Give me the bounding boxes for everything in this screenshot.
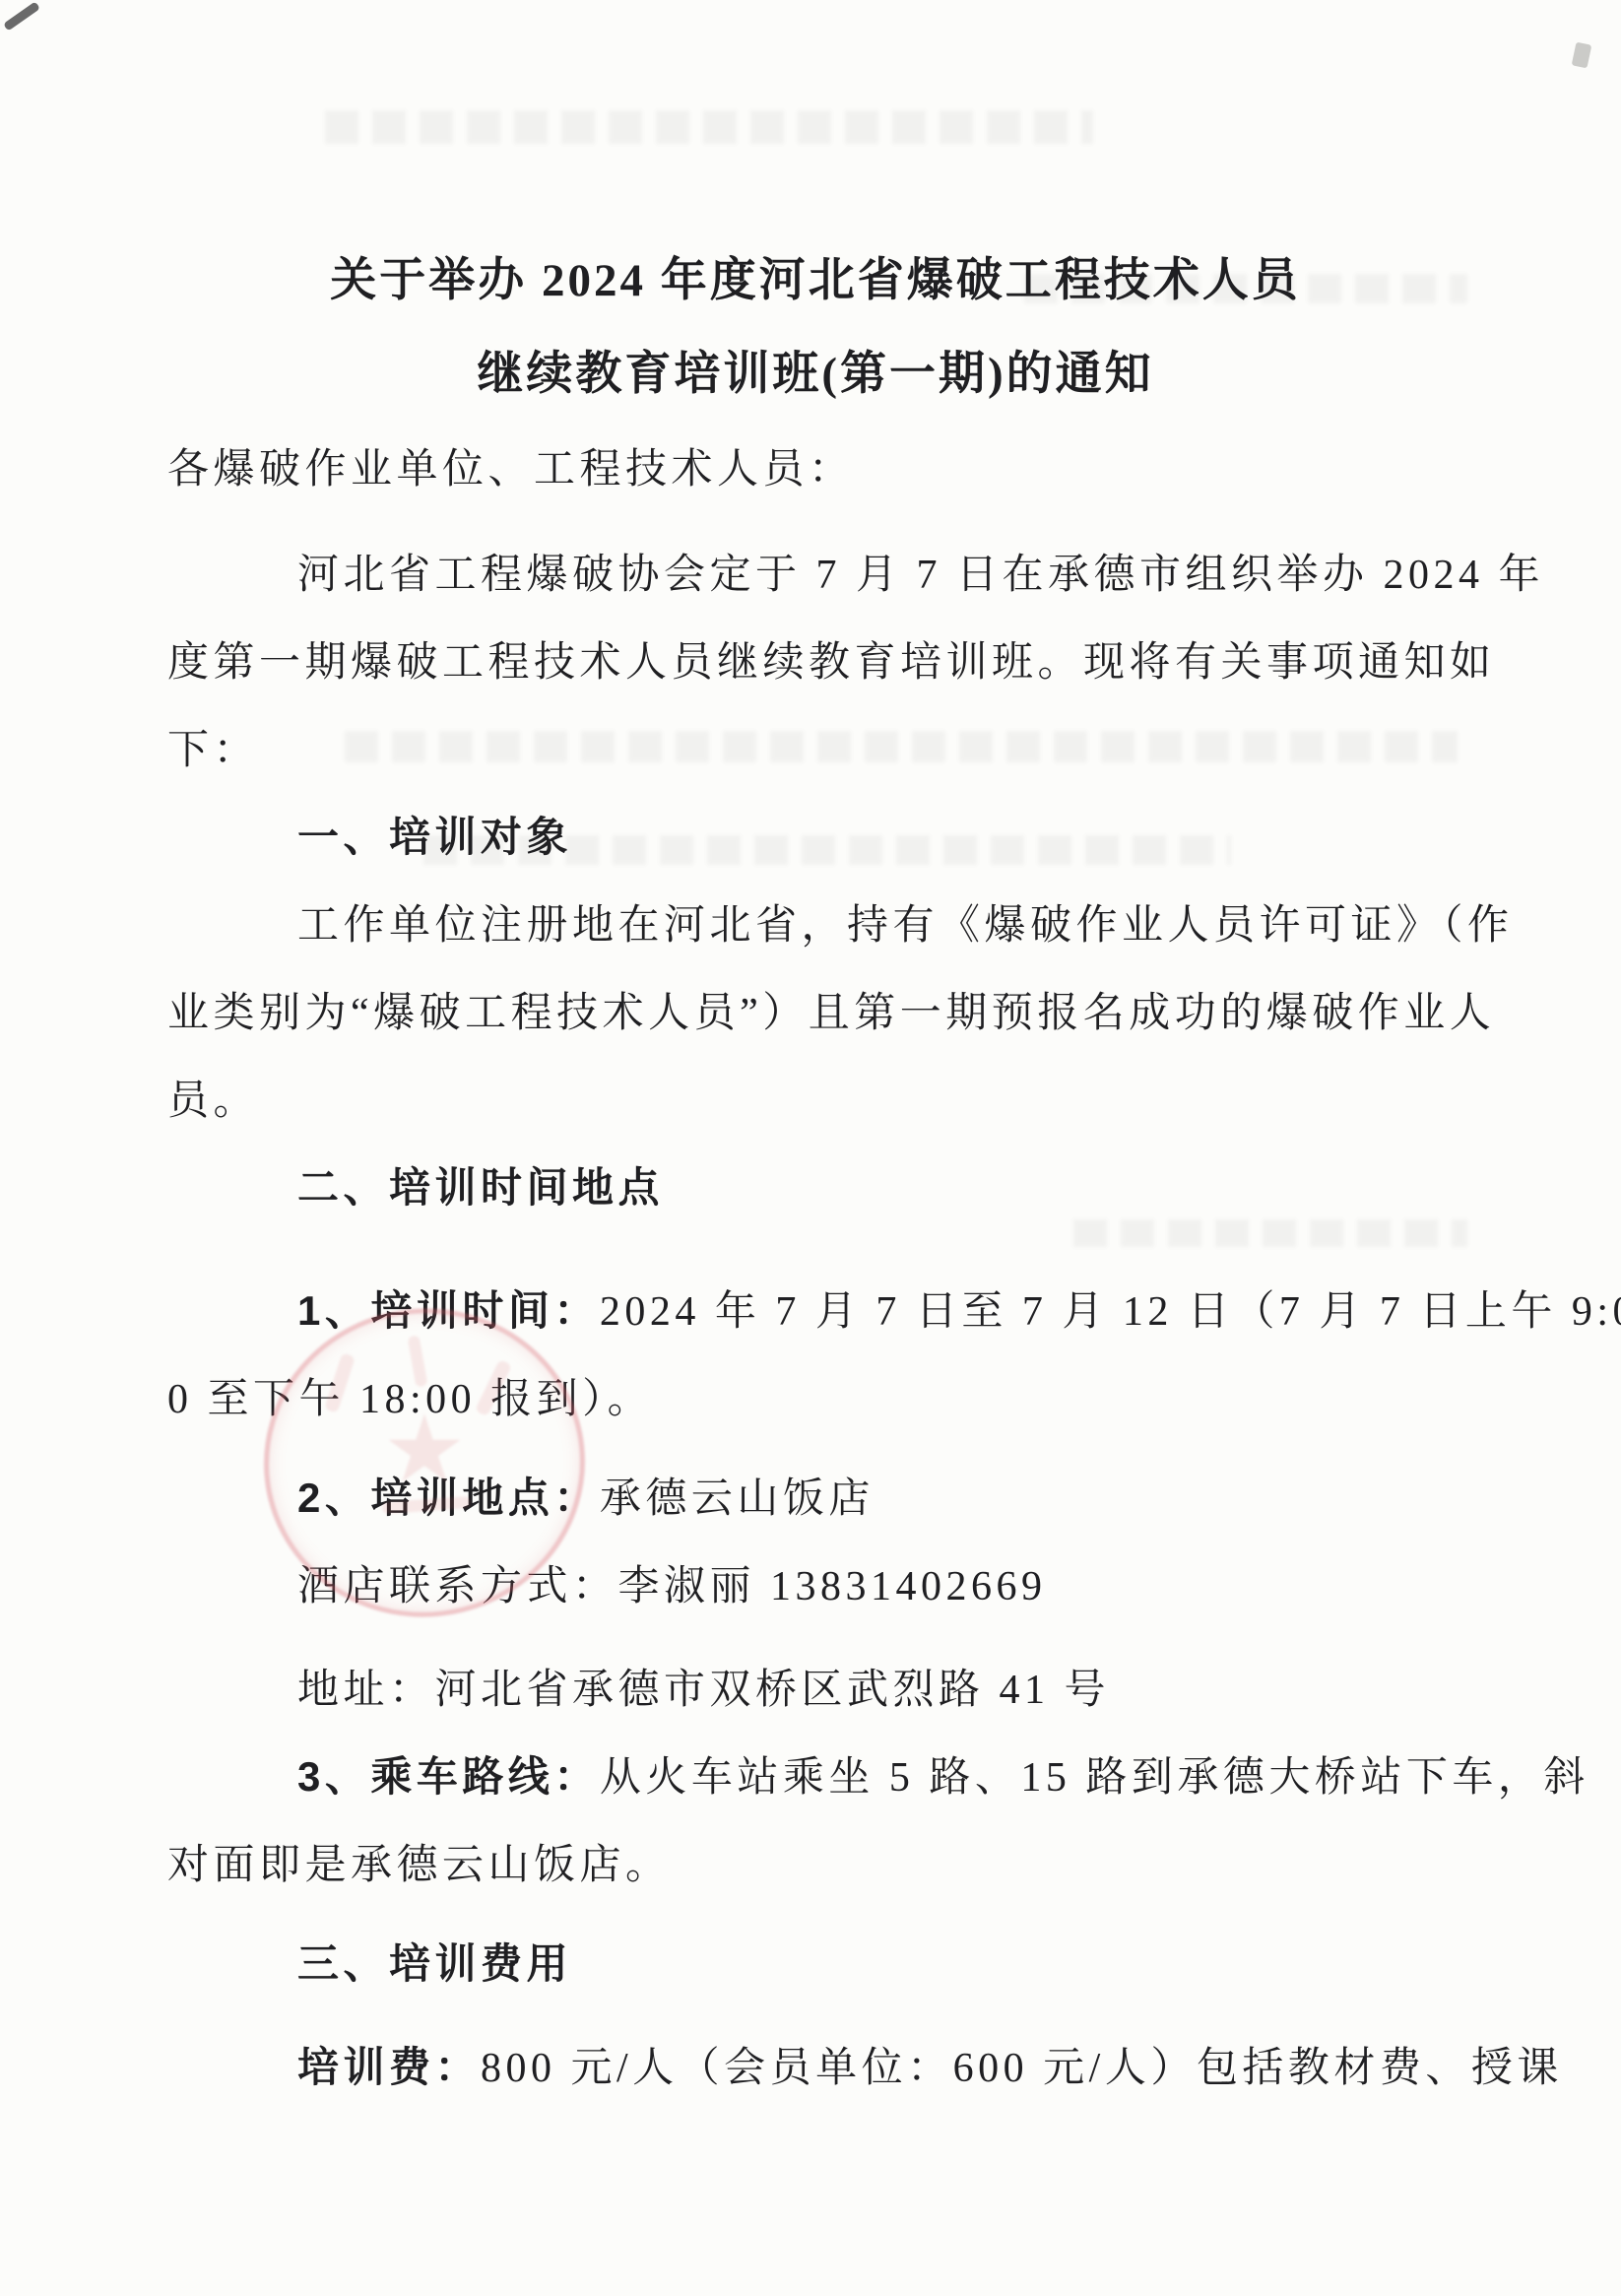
bus-route-label: 3、乘车路线： <box>297 1744 600 1804</box>
intro-line-2: 度第一期爆破工程技术人员继续教育培训班。现将有关事项通知如 <box>167 615 1463 702</box>
training-fee-line: 培训费：800 元/人（会员单位：600 元/人）包括教材费、授课 <box>167 2020 1463 2108</box>
scanned-notice-page: ★ 关于举办 2024 年度河北省爆破工程技术人员 继续教育培训班(第一期)的通… <box>0 0 1621 2296</box>
training-place-line: 2、培训地点：承德云山饭店 <box>167 1451 1463 1539</box>
training-time-label: 1、培训时间： <box>297 1279 600 1338</box>
section-1-paragraph: 工作单位注册地在河北省，持有《爆破作业人员许可证》（作 业类别为“爆破工程技术人… <box>167 878 1463 1141</box>
bus-route-value: 从火车站乘坐 5 路、15 路到承德大桥站下车，斜 <box>600 1744 1589 1804</box>
scan-artifact <box>1572 42 1592 69</box>
section-1-heading: 一、培训对象 <box>167 790 1463 878</box>
document-title-line-2: 继续教育培训班(第一期)的通知 <box>167 328 1463 422</box>
training-place-label: 2、培训地点： <box>297 1466 600 1525</box>
intro-line-1: 河北省工程爆破协会定于 7 月 7 日在承德市组织举办 2024 年 <box>167 527 1463 615</box>
training-time-line: 1、培训时间：2024 年 7 月 7 日至 7 月 12 日（7 月 7 日上… <box>167 1264 1463 1351</box>
bus-route-continuation: 对面即是承德云山饭店。 <box>167 1817 1463 1905</box>
document-body: 关于举办 2024 年度河北省爆破工程技术人员 继续教育培训班(第一期)的通知 … <box>167 234 1463 2108</box>
address-line: 地址：河北省承德市双桥区武烈路 41 号 <box>167 1642 1463 1730</box>
salutation: 各爆破作业单位、工程技术人员： <box>167 422 1463 509</box>
training-fee-value: 800 元/人（会员单位：600 元/人）包括教材费、授课 <box>481 2035 1563 2094</box>
intro-paragraph: 河北省工程爆破协会定于 7 月 7 日在承德市组织举办 2024 年 度第一期爆… <box>167 527 1463 790</box>
bus-route-line: 3、乘车路线：从火车站乘坐 5 路、15 路到承德大桥站下车，斜 <box>167 1730 1463 1817</box>
section-1-line-1: 工作单位注册地在河北省，持有《爆破作业人员许可证》（作 <box>167 878 1463 965</box>
section-1-line-3: 员。 <box>167 1053 1463 1141</box>
training-time-value: 2024 年 7 月 7 日至 7 月 12 日（7 月 7 日上午 9:0 <box>600 1279 1621 1338</box>
training-place-value: 承德云山饭店 <box>600 1466 875 1525</box>
scan-artifact <box>3 1 40 31</box>
training-time-continuation: 0 至下午 18:00 报到）。 <box>167 1351 1463 1439</box>
hotel-contact-line: 酒店联系方式：李淑丽 13831402669 <box>167 1539 1463 1626</box>
bleedthrough-artifact <box>325 110 1093 144</box>
training-fee-label: 培训费： <box>297 2035 481 2094</box>
section-2-heading: 二、培训时间地点 <box>167 1141 1463 1228</box>
intro-line-3: 下： <box>167 702 1463 790</box>
document-title-line-1: 关于举办 2024 年度河北省爆破工程技术人员 <box>167 234 1463 328</box>
section-1-line-2: 业类别为“爆破工程技术人员”）且第一期预报名成功的爆破作业人 <box>167 965 1463 1053</box>
section-3-heading: 三、培训费用 <box>167 1917 1463 2004</box>
